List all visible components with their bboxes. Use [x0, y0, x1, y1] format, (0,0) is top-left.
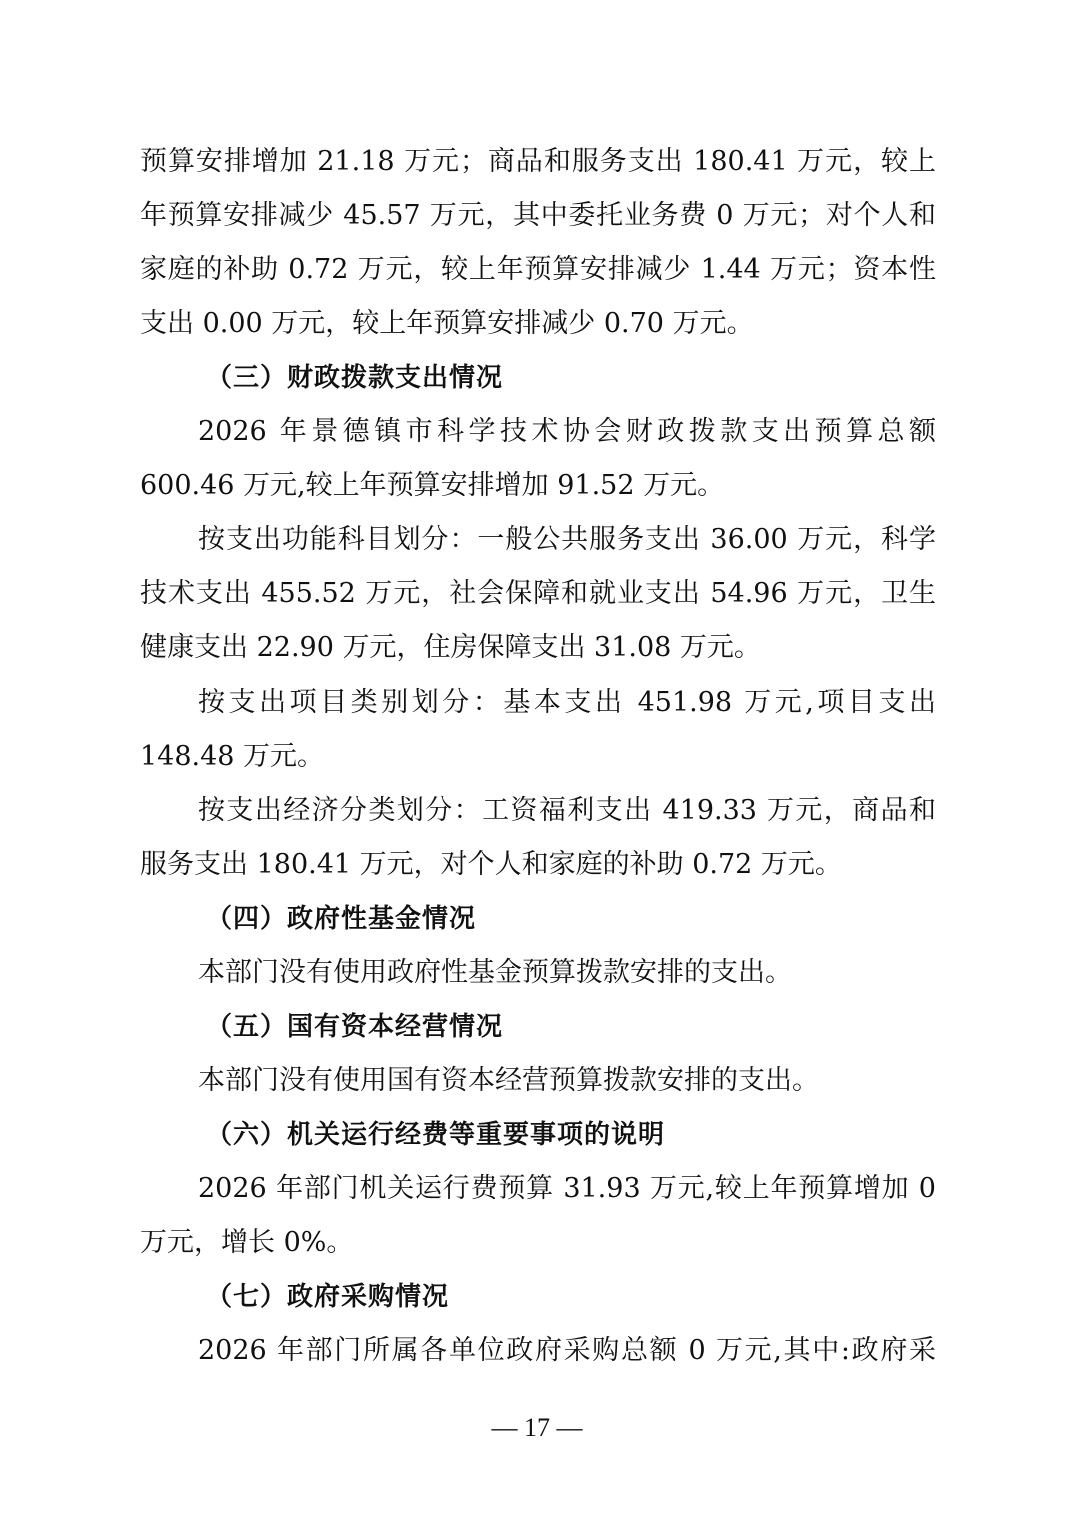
document-page: 预算安排增加 21.18 万元；商品和服务支出 180.41 万元，较上 年预算…	[0, 0, 1074, 1520]
paragraph-line: 服务支出 180.41 万元，对个人和家庭的补助 0.72 万元。	[140, 838, 936, 892]
paragraph-line: 2026 年景德镇市科学技术协会财政拨款支出预算总额	[198, 405, 936, 459]
section-heading-7: （七）政府采购情况	[206, 1270, 1002, 1324]
paragraph-line: 预算安排增加 21.18 万元；商品和服务支出 180.41 万元，较上	[140, 135, 936, 189]
section-heading-6: （六）机关运行经费等重要事项的说明	[206, 1108, 1002, 1162]
paragraph-line: 600.46 万元,较上年预算安排增加 91.52 万元。	[140, 459, 936, 513]
paragraph-line: 技术支出 455.52 万元，社会保障和就业支出 54.96 万元，卫生	[140, 567, 936, 621]
paragraph-line: 148.48 万元。	[140, 730, 936, 784]
paragraph-line: 年预算安排减少 45.57 万元，其中委托业务费 0 万元；对个人和	[140, 189, 936, 243]
paragraph-line: 本部门没有使用政府性基金预算拨款安排的支出。	[198, 946, 936, 1000]
paragraph-line: 按支出项目类别划分：基本支出 451.98 万元,项目支出	[198, 676, 936, 730]
paragraph-line: 2026 年部门所属各单位政府采购总额 0 万元,其中:政府采	[198, 1324, 936, 1378]
paragraph-line: 按支出功能科目划分：一般公共服务支出 36.00 万元，科学	[198, 513, 936, 567]
section-heading-3: （三）财政拨款支出情况	[206, 351, 1002, 405]
paragraph-line: 万元，增长 0%。	[140, 1216, 936, 1270]
page-number: — 17 —	[0, 1408, 1074, 1448]
paragraph-line: 支出 0.00 万元，较上年预算安排减少 0.70 万元。	[140, 297, 936, 351]
section-heading-4: （四）政府性基金情况	[206, 892, 1002, 946]
paragraph-line: 本部门没有使用国有资本经营预算拨款安排的支出。	[198, 1054, 936, 1108]
paragraph-line: 按支出经济分类划分：工资福利支出 419.33 万元，商品和	[198, 784, 936, 838]
paragraph-line: 家庭的补助 0.72 万元，较上年预算安排减少 1.44 万元；资本性	[140, 243, 936, 297]
paragraph-line: 2026 年部门机关运行费预算 31.93 万元,较上年预算增加 0	[198, 1162, 936, 1216]
section-heading-5: （五）国有资本经营情况	[206, 1000, 1002, 1054]
paragraph-line: 健康支出 22.90 万元，住房保障支出 31.08 万元。	[140, 621, 936, 675]
